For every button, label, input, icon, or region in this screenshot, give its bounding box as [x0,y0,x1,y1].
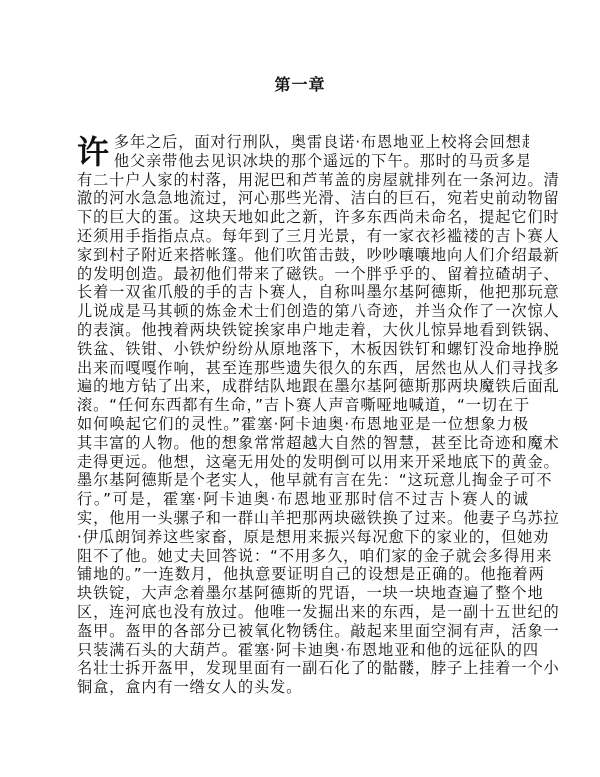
text-line: 块铁锭，大声念着墨尔基阿德斯的咒语，一块一块地查遍了整个地 [77,584,529,603]
text-line: 铜盒，盒内有一绺女人的头发。 [77,678,529,697]
book-page: 第一章 许 多年之后，面对行刑队，奥雷良诺·布恩地亚上校将会回想起， 他父亲带他… [0,0,600,777]
chapter-title: 第一章 [0,72,600,95]
text-line: 名壮士拆开盔甲，发现里面有一副石化了的骷髅，脖子上挂着一个小 [77,659,529,678]
text-line: ·伊瓜朗饲养这些家畜，原是想用来振兴每况愈下的家业的，但她劝 [77,528,529,547]
text-line: 如何唤起它们的灵性。”霍塞·阿卡迪奥·布恩地亚是一位想象力极 [77,415,529,434]
text-line: 澈的河水急急地流过，河心那些光滑、洁白的巨石，宛若史前动物留 [77,189,529,208]
text-line: 铺地的。”一连数月，他执意要证明自己的设想是正确的。他拖着两 [77,565,529,584]
text-line: 的表演。他拽着两块铁锭挨家串户地走着，大伙儿惊异地看到铁锅、 [77,321,529,340]
text-line: 家到村子附近来搭帐篷。他们吹笛击鼓，吵吵嚷嚷地向人们介绍最新 [77,246,529,265]
text-line: 下的巨大的蛋。这块天地如此之新，许多东西尚未命名，提起它们时 [77,208,529,227]
text-line: 实，他用一头骡子和一群山羊把那两块磁铁换了过来。他妻子乌苏拉 [77,509,529,528]
dropcap-lines: 多年之后，面对行刑队，奥雷良诺·布恩地亚上校将会回想起， 他父亲带他去见识冰块的… [114,133,529,171]
text-line: 区，连河底也没有放过。他唯一发掘出来的东西，是一副十五世纪的 [77,603,529,622]
text-line: 儿说成是马其顿的炼金术士们创造的第八奇迹，并当众作了一次惊人 [77,302,529,321]
text-line: 只装满石头的大葫芦。霍塞·阿卡迪奥·布恩地亚和他的远征队的四 [77,641,529,660]
paragraph-lines: 有二十户人家的村落，用泥巴和芦苇盖的房屋就排列在一条河边。清澈的河水急急地流过，… [77,171,529,697]
text-line: 出来而嘎嘎作响，甚至连那些遗失很久的东西，居然也从人们寻找多 [77,359,529,378]
text-line: 铁盆、铁钳、小铁炉纷纷从原地落下，木板因铁钉和螺钉没命地挣脱 [77,340,529,359]
text-line: 走得更远。他想，这毫无用处的发明倒可以用来开采地底下的黄金。 [77,453,529,472]
drop-cap: 许 [77,135,110,169]
text-line: 他父亲带他去见识冰块的那个遥远的下午。那时的马贡多是一个 [114,152,529,171]
text-line: 行。”可是，霍塞·阿卡迪奥·布恩地亚那时信不过吉卜赛人的诚 [77,490,529,509]
text-line: 墨尔基阿德斯是个老实人，他早就有言在先：“这玩意儿掏金子可不 [77,471,529,490]
text-line: 滚。“任何东西都有生命，”吉卜赛人声音嘶哑地喊道，“一切在于 [77,396,529,415]
text-line: 盔甲。盔甲的各部分已被氧化物锈住。敲起来里面空洞有声，活象一 [77,622,529,641]
text-line: 遍的地方钻了出来，成群结队地跟在墨尔基阿德斯那两块魔铁后面乱 [77,377,529,396]
text-line: 长着一双雀爪般的手的吉卜赛人，自称叫墨尔基阿德斯，他把那玩意 [77,283,529,302]
text-line: 的发明创造。最初他们带来了磁铁。一个胖乎乎的、留着拉碴胡子、 [77,265,529,284]
text-line: 其丰富的人物。他的想象常常超越大自然的智慧，甚至比奇迹和魔术 [77,434,529,453]
text-line: 阻不了他。她丈夫回答说：“不用多久，咱们家的金子就会多得用来 [77,547,529,566]
text-line: 有二十户人家的村落，用泥巴和芦苇盖的房屋就排列在一条河边。清 [77,171,529,190]
text-line: 多年之后，面对行刑队，奥雷良诺·布恩地亚上校将会回想起， [114,133,529,152]
text-line: 还须用手指指点点。每年到了三月光景，有一家衣衫褴褛的吉卜赛人 [77,227,529,246]
chapter-body: 许 多年之后，面对行刑队，奥雷良诺·布恩地亚上校将会回想起， 他父亲带他去见识冰… [77,133,529,697]
